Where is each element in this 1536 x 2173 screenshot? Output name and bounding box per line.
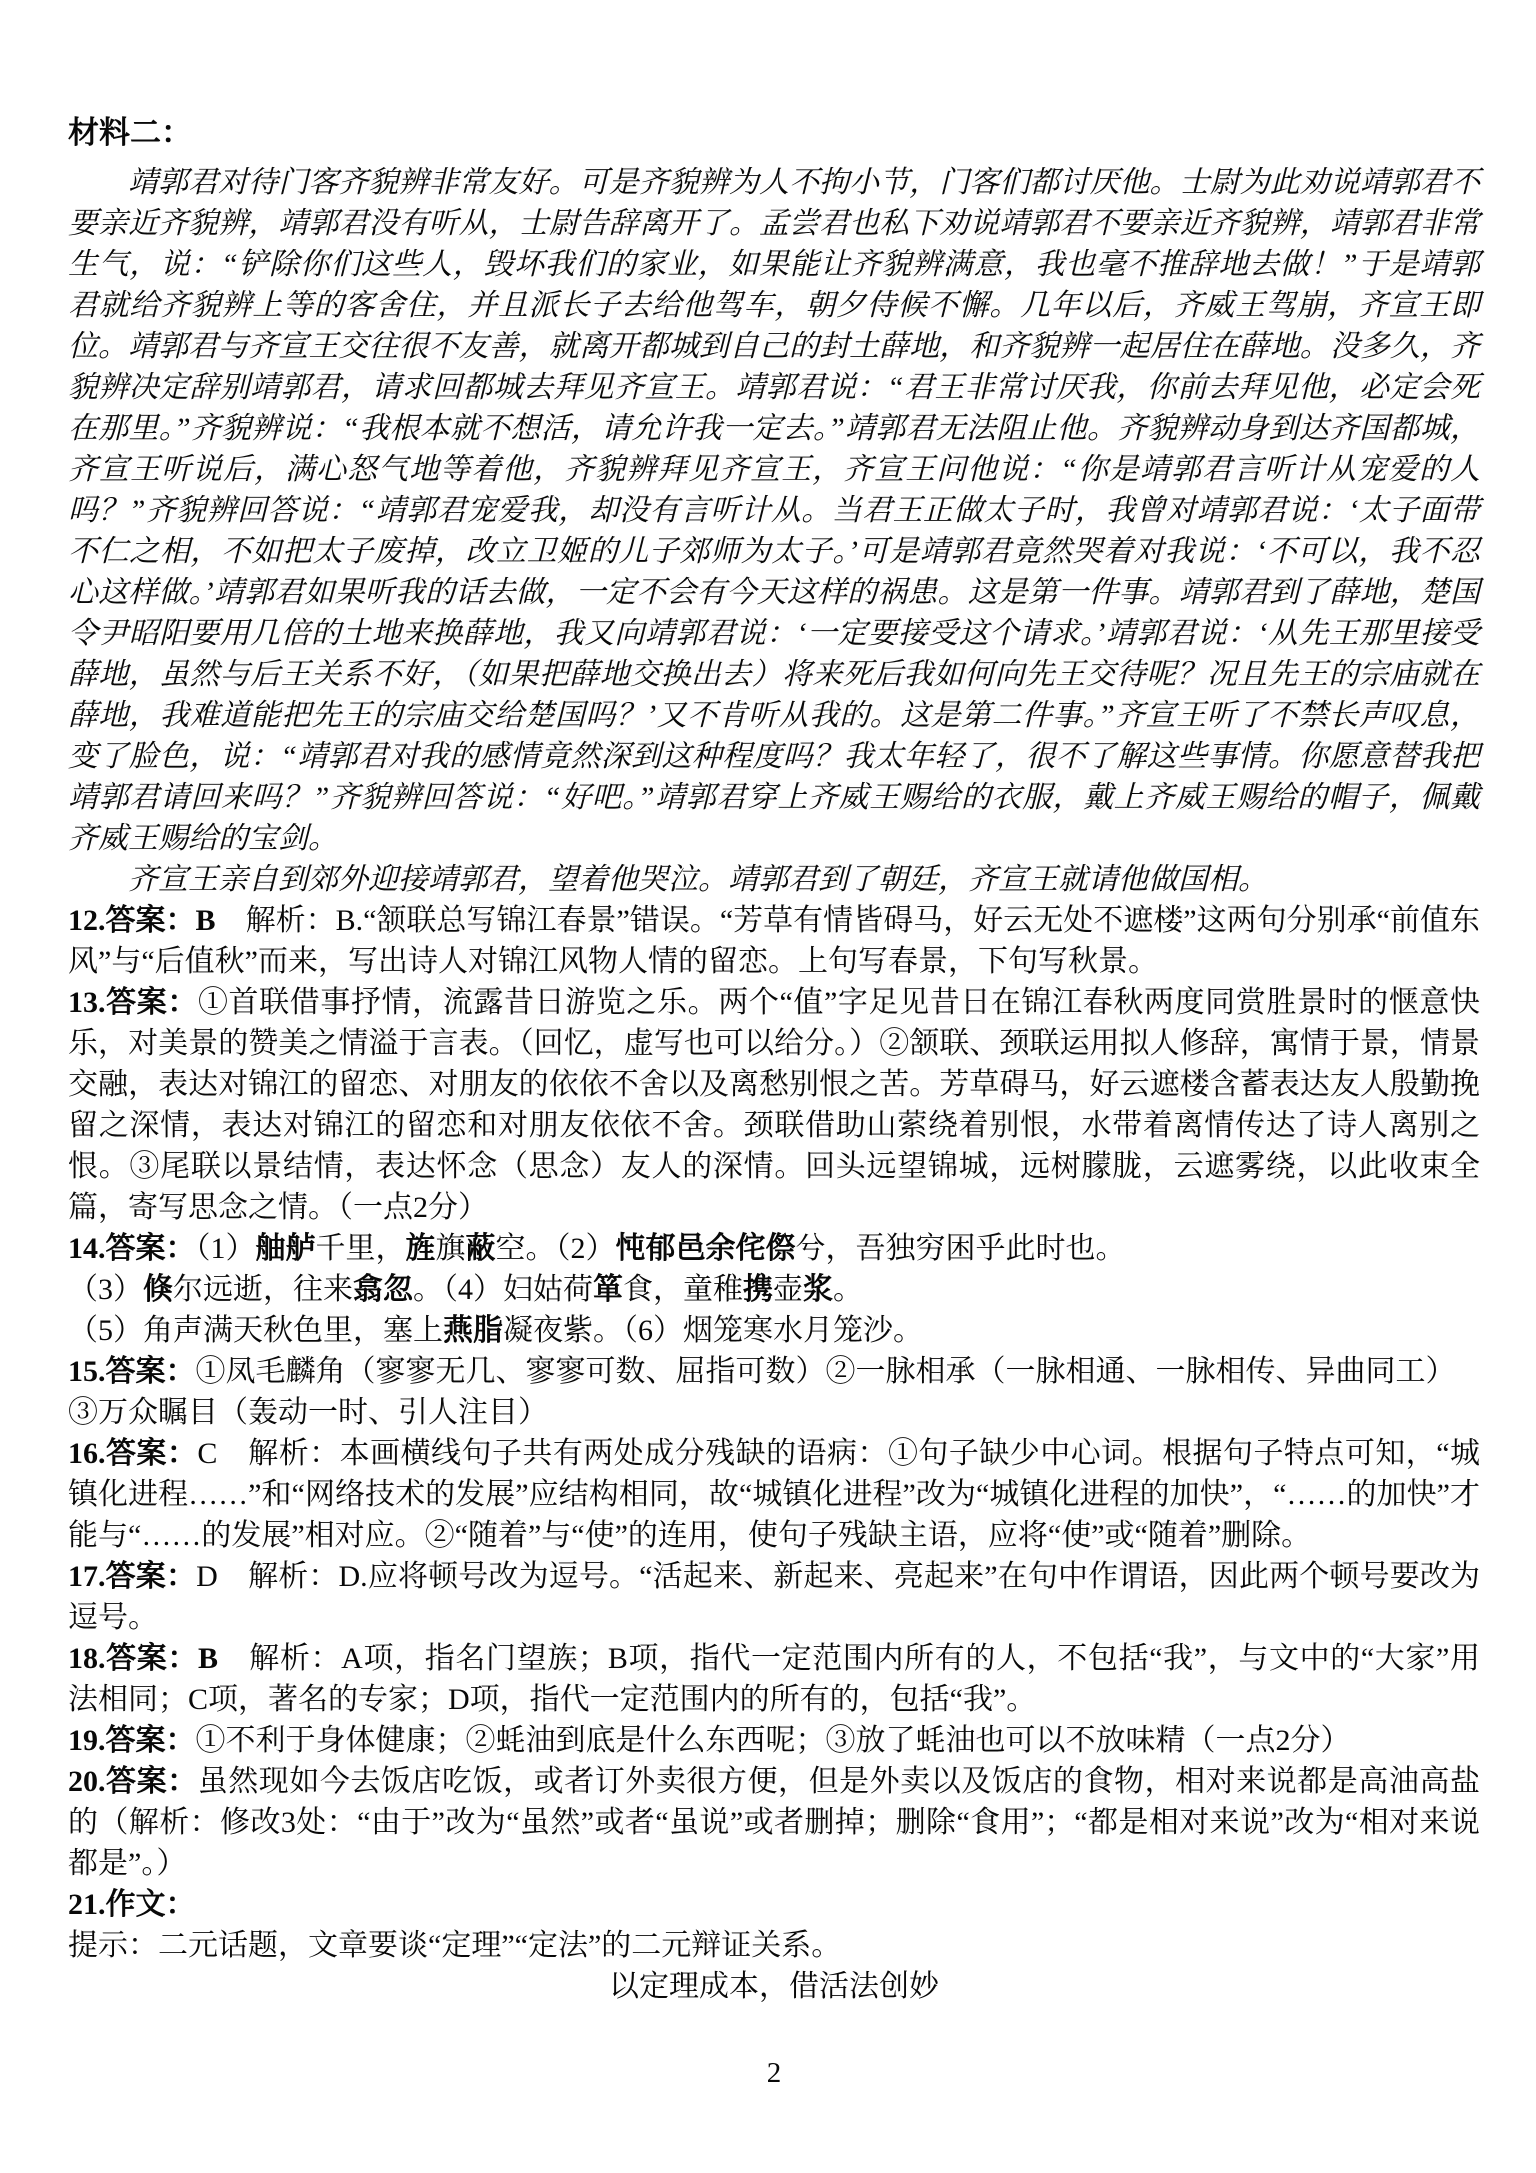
answer-13-segment-1: ①首联借事抒情，流露昔日游览之乐。两个“值”字足见昔日在锦江春秋两度同赏胜景时的… <box>68 986 1480 1224</box>
answer-15-line-1-segment-1: ①凤毛麟角（寥寥无几、寥寥可数、屈指可数）②一脉相承（一脉相通、一脉相传、异曲同… <box>196 1355 1456 1388</box>
answer-15-line-2: ③万众瞩目（轰动一时、引人注目） <box>68 1392 1480 1433</box>
answer-17-segment-0: 17.答案： <box>68 1560 196 1593</box>
answer-18-segment-0: 18.答案：B <box>68 1642 218 1675</box>
answer-14-line-1-segment-4: 旌 <box>406 1232 436 1265</box>
essay-hint: 提示：二元话题，文章要谈“定理”“定法”的二元辩证关系。 <box>68 1925 1480 1966</box>
answer-14-line-1-segment-6: 蔽 <box>466 1232 496 1265</box>
answer-15-line-2-segment-0: ③万众瞩目（轰动一时、引人注目） <box>68 1396 548 1429</box>
answer-14-line-2-segment-0: （3） <box>68 1273 143 1306</box>
answer-16-segment-0: 16.答案： <box>68 1437 197 1470</box>
answer-14-line-3-segment-0: （5）角声满天秋色里，塞上 <box>68 1314 443 1347</box>
answer-17-segment-1: D 解析：D.应将顿号改为逗号。“活起来、新起来、亮起来”在句中作谓语，因此两个… <box>68 1560 1480 1634</box>
essay-title-segment-0: 以定理成本，借活法创妙 <box>609 1970 939 2003</box>
answer-14-line-2-segment-6: 食，童稚 <box>623 1273 743 1306</box>
material-2-paragraph-1: 靖郭君对待门客齐貌辨非常友好。可是齐貌辨为人不拘小节，门客们都讨厌他。士尉为此劝… <box>68 162 1480 859</box>
answer-14-line-1-segment-9: 兮，吾独穷困乎此时也。 <box>796 1232 1126 1265</box>
material-2-heading-segment-0: 材料二： <box>68 115 192 150</box>
material-2-heading: 材料二： <box>68 112 1480 153</box>
answer-20: 20.答案：虽然现如今去饭店吃饭，或者订外卖很方便，但是外卖以及饭店的食物，相对… <box>68 1761 1480 1884</box>
answer-12: 12.答案：B 解析：B.“颔联总写锦江春景”错误。“芳草有情皆碍马，好云无处不… <box>68 900 1480 982</box>
answer-14-line-3-segment-2: 凝夜紫。（6）烟笼寒水月笼沙。 <box>503 1314 923 1347</box>
answer-14-line-1: 14.答案：（1）舳舻千里，旌旗蔽空。（2）忳郁邑余侘傺兮，吾独穷困乎此时也。 <box>68 1228 1480 1269</box>
answer-14-line-2-segment-8: 壶 <box>773 1273 803 1306</box>
answer-14-line-3: （5）角声满天秋色里，塞上燕脂凝夜紫。（6）烟笼寒水月笼沙。 <box>68 1310 1480 1351</box>
answer-13-segment-0: 13.答案： <box>68 986 198 1019</box>
material-2-paragraph-1-segment-0: 靖郭君对待门客齐貌辨非常友好。可是齐貌辨为人不拘小节，门客们都讨厌他。士尉为此劝… <box>68 166 1480 855</box>
answer-14-line-2-segment-1: 倏 <box>143 1273 173 1306</box>
answer-14-line-2-segment-9: 浆 <box>803 1273 833 1306</box>
answer-21: 21.作文： <box>68 1884 1480 1925</box>
material-2-paragraph-2: 齐宣王亲自到郊外迎接靖郭君，望着他哭泣。靖郭君到了朝廷，齐宣王就请他做国相。 <box>68 859 1480 900</box>
answer-18-segment-1: 解析：A项，指名门望族；B项，指代一定范围内所有的人，不包括“我”，与文中的“大… <box>68 1642 1480 1716</box>
answer-19-segment-1: ①不利于身体健康；②蚝油到底是什么东西呢；③放了蚝油也可以不放味精（一点2分） <box>196 1724 1351 1757</box>
answer-14-line-1-segment-2: 舳舻 <box>256 1232 316 1265</box>
answer-14-line-1-segment-0: 14.答案： <box>68 1232 196 1265</box>
answer-14-line-2-segment-10: 。 <box>833 1273 863 1306</box>
answer-14-line-2-segment-3: 翕忽 <box>353 1273 413 1306</box>
answer-21-segment-0: 21.作文： <box>68 1888 196 1921</box>
answer-16: 16.答案：C 解析：本画横线句子共有两处成分残缺的语病：①句子缺少中心词。根据… <box>68 1433 1480 1556</box>
essay-hint-segment-0: 提示：二元话题，文章要谈“定理”“定法”的二元辩证关系。 <box>68 1929 841 1962</box>
answer-13: 13.答案：①首联借事抒情，流露昔日游览之乐。两个“值”字足见昔日在锦江春秋两度… <box>68 982 1480 1228</box>
answer-14-line-1-segment-7: 空。（2） <box>496 1232 616 1265</box>
answer-14-line-2: （3）倏尔远逝，往来翕忽。（4）妇姑荷箪食，童稚携壶浆。 <box>68 1269 1480 1310</box>
answer-20-segment-1: 虽然现如今去饭店吃饭，或者订外卖很方便，但是外卖以及饭店的食物，相对来说都是高油… <box>68 1765 1480 1880</box>
document-page: 材料二：靖郭君对待门客齐貌辨非常友好。可是齐貌辨为人不拘小节，门客们都讨厌他。士… <box>0 0 1536 2173</box>
document-body: 材料二：靖郭君对待门客齐貌辨非常友好。可是齐貌辨为人不拘小节，门客们都讨厌他。士… <box>68 112 1480 2007</box>
answer-17: 17.答案：D 解析：D.应将顿号改为逗号。“活起来、新起来、亮起来”在句中作谓… <box>68 1556 1480 1638</box>
answer-14-line-2-segment-2: 尔远逝，往来 <box>173 1273 353 1306</box>
answer-15-line-1: 15.答案：①凤毛麟角（寥寥无几、寥寥可数、屈指可数）②一脉相承（一脉相通、一脉… <box>68 1351 1480 1392</box>
answer-14-line-1-segment-5: 旗 <box>436 1232 466 1265</box>
material-2-paragraph-2-segment-0: 齐宣王亲自到郊外迎接靖郭君，望着他哭泣。靖郭君到了朝廷，齐宣王就请他做国相。 <box>128 863 1268 896</box>
answer-12-segment-1: 解析：B.“颔联总写锦江春景”错误。“芳草有情皆碍马，好云无处不遮楼”这两句分别… <box>68 904 1480 978</box>
answer-14-line-1-segment-1: （1） <box>196 1232 256 1265</box>
answer-14-line-1-segment-8: 忳郁邑余侘傺 <box>616 1232 796 1265</box>
answer-14-line-3-segment-1: 燕脂 <box>443 1314 503 1347</box>
answer-16-segment-1: C 解析：本画横线句子共有两处成分残缺的语病：①句子缺少中心词。根据句子特点可知… <box>68 1437 1480 1552</box>
essay-title: 以定理成本，借活法创妙 <box>68 1966 1480 2007</box>
answer-20-segment-0: 20.答案： <box>68 1765 198 1798</box>
answer-14-line-1-segment-3: 千里， <box>316 1232 406 1265</box>
answer-14-line-2-segment-7: 携 <box>743 1273 773 1306</box>
answer-19-segment-0: 19.答案： <box>68 1724 196 1757</box>
answer-14-line-2-segment-5: 箪 <box>593 1273 623 1306</box>
answer-18: 18.答案：B 解析：A项，指名门望族；B项，指代一定范围内所有的人，不包括“我… <box>68 1638 1480 1720</box>
answer-15-line-1-segment-0: 15.答案： <box>68 1355 196 1388</box>
answer-19: 19.答案：①不利于身体健康；②蚝油到底是什么东西呢；③放了蚝油也可以不放味精（… <box>68 1720 1480 1761</box>
answer-12-segment-0: 12.答案：B <box>68 904 216 937</box>
answer-14-line-2-segment-4: 。（4）妇姑荷 <box>413 1273 593 1306</box>
page-number: 2 <box>68 2053 1480 2094</box>
